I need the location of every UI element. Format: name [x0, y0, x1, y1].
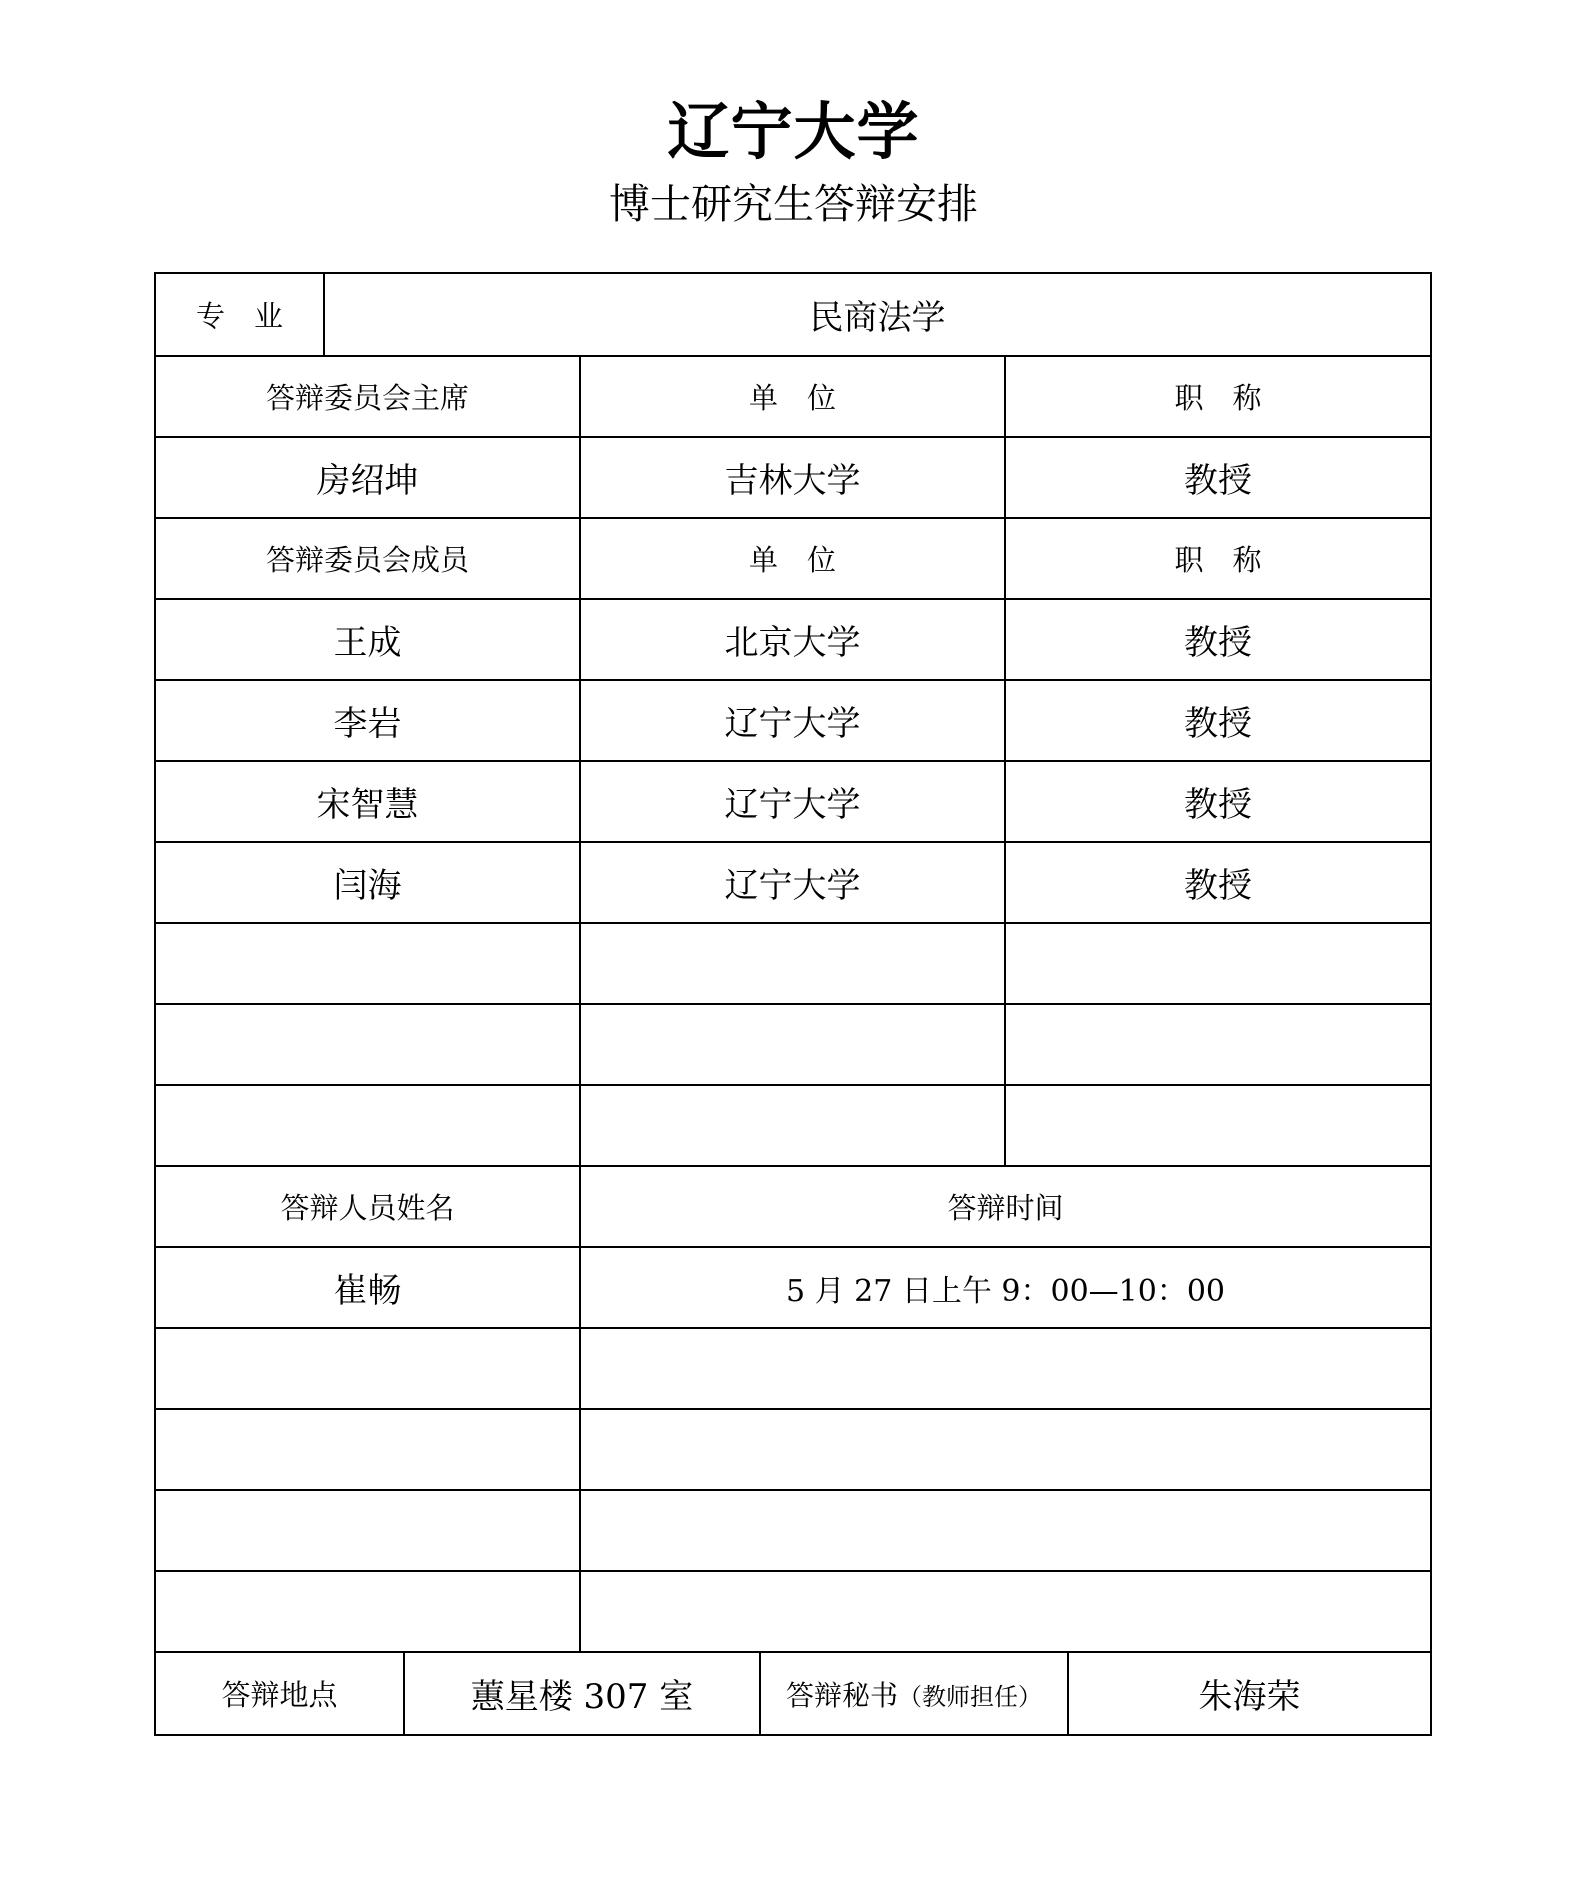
members-header-title: 职 称 — [1005, 518, 1431, 599]
members-header-row: 答辩委员会成员 单 位 职 称 — [155, 518, 1431, 599]
member-row: 王成 北京大学 教授 — [155, 599, 1431, 680]
location-label: 答辩地点 — [156, 1653, 404, 1734]
candidate-time — [580, 1490, 1431, 1571]
member-unit: 辽宁大学 — [580, 680, 1005, 761]
member-name: 李岩 — [155, 680, 580, 761]
members-header-unit: 单 位 — [580, 518, 1005, 599]
location-value: 蕙星楼 307 室 — [404, 1653, 760, 1734]
member-title — [1005, 1085, 1431, 1166]
member-name: 王成 — [155, 599, 580, 680]
member-name: 宋智慧 — [155, 761, 580, 842]
member-unit: 辽宁大学 — [580, 842, 1005, 923]
footer-row: 答辩地点 蕙星楼 307 室 答辩秘书（教师担任） 朱海荣 — [155, 1652, 1431, 1735]
defense-schedule-table: 专 业 民商法学 答辩委员会主席 单 位 职 称 房绍坤 吉林大学 教授 答辩委… — [154, 272, 1432, 1736]
member-name — [155, 923, 580, 1004]
chair-name: 房绍坤 — [155, 437, 580, 518]
member-title — [1005, 923, 1431, 1004]
candidate-name — [155, 1328, 580, 1409]
member-unit — [580, 1085, 1005, 1166]
candidate-time — [580, 1409, 1431, 1490]
secretary-label: 答辩秘书 — [786, 1679, 898, 1712]
member-row-empty — [155, 1085, 1431, 1166]
document-subtitle: 博士研究生答辩安排 — [0, 176, 1587, 232]
candidate-time: 5 月 27 日上午 9：00—10：00 — [580, 1247, 1431, 1328]
chair-row: 房绍坤 吉林大学 教授 — [155, 437, 1431, 518]
member-unit — [580, 923, 1005, 1004]
candidate-name — [155, 1490, 580, 1571]
candidate-row-empty — [155, 1409, 1431, 1490]
member-row: 李岩 辽宁大学 教授 — [155, 680, 1431, 761]
candidate-time — [580, 1571, 1431, 1652]
member-name — [155, 1085, 580, 1166]
document-title: 辽宁大学 — [0, 92, 1587, 172]
candidate-row-empty — [155, 1328, 1431, 1409]
secretary-note: （教师担任） — [898, 1683, 1042, 1711]
member-title: 教授 — [1005, 761, 1431, 842]
major-label: 专 业 — [156, 274, 324, 355]
member-row-empty — [155, 1004, 1431, 1085]
member-title: 教授 — [1005, 842, 1431, 923]
chair-header-name: 答辩委员会主席 — [155, 356, 580, 437]
member-name: 闫海 — [155, 842, 580, 923]
chair-header-row: 答辩委员会主席 单 位 职 称 — [155, 356, 1431, 437]
member-title: 教授 — [1005, 680, 1431, 761]
major-value: 民商法学 — [324, 274, 1430, 355]
candidate-row-empty — [155, 1490, 1431, 1571]
member-row: 闫海 辽宁大学 教授 — [155, 842, 1431, 923]
member-name — [155, 1004, 580, 1085]
secretary-label-cell: 答辩秘书（教师担任） — [760, 1653, 1068, 1734]
secretary-value: 朱海荣 — [1068, 1653, 1430, 1734]
candidates-header-row: 答辩人员姓名 答辩时间 — [155, 1166, 1431, 1247]
candidate-row-empty — [155, 1571, 1431, 1652]
candidate-row: 崔畅 5 月 27 日上午 9：00—10：00 — [155, 1247, 1431, 1328]
member-unit: 北京大学 — [580, 599, 1005, 680]
candidate-name — [155, 1409, 580, 1490]
member-row-empty — [155, 923, 1431, 1004]
candidate-name: 崔畅 — [155, 1247, 580, 1328]
member-unit: 辽宁大学 — [580, 761, 1005, 842]
candidate-name — [155, 1571, 580, 1652]
member-title: 教授 — [1005, 599, 1431, 680]
member-title — [1005, 1004, 1431, 1085]
member-row: 宋智慧 辽宁大学 教授 — [155, 761, 1431, 842]
major-row: 专 业 民商法学 — [155, 273, 1431, 356]
chair-title: 教授 — [1005, 437, 1431, 518]
chair-unit: 吉林大学 — [580, 437, 1005, 518]
chair-header-unit: 单 位 — [580, 356, 1005, 437]
members-header-name: 答辩委员会成员 — [155, 518, 580, 599]
candidates-header-time: 答辩时间 — [580, 1166, 1431, 1247]
member-unit — [580, 1004, 1005, 1085]
candidate-time — [580, 1328, 1431, 1409]
chair-header-title: 职 称 — [1005, 356, 1431, 437]
candidates-header-name: 答辩人员姓名 — [155, 1166, 580, 1247]
